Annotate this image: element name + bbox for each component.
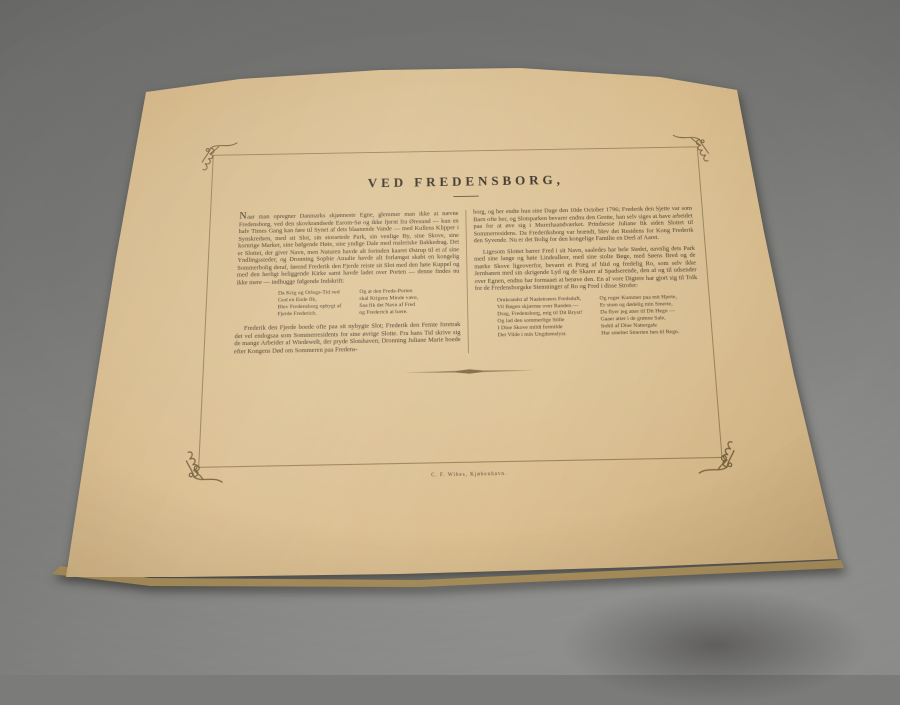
table-shadow	[555, 585, 875, 675]
verse-column: Da Krig og Orlogs-Tid ved Gud en Ende fi…	[277, 289, 341, 318]
text-block: VED FREDENSBORG, Naar man opregner Danma…	[233, 170, 705, 378]
paragraph: Frederik den Fjerde boede ofte paa sit n…	[234, 321, 461, 355]
paragraph: Ligesom Slottet bærer Fred i sit Navn, s…	[474, 245, 698, 293]
paper-shadow-wrap: VED FREDENSBORG, Naar man opregner Danma…	[0, 0, 900, 675]
floral-corner-ornament-icon	[671, 132, 714, 171]
text-column-left: Naar man opregner Danmarks skjønneste Eg…	[234, 209, 461, 359]
printer-imprint: C. F. Wibes, Kjøbenhavn.	[187, 467, 751, 483]
paragraph: borg, og her endte hun sine Dage den 10d…	[473, 205, 694, 245]
paragraph: Naar man opregner Danmarks skjønneste Eg…	[237, 209, 460, 286]
verse-column: Omkrandst af Naaletræers Fredsduft, Vil …	[497, 295, 584, 338]
photo-background: VED FREDENSBORG, Naar man opregner Danma…	[0, 0, 900, 675]
printed-area: VED FREDENSBORG, Naar man opregner Danma…	[187, 133, 751, 484]
verse-column: Og at den Frede-Porten skal Krigens Mind…	[359, 288, 418, 317]
paper-sheet: VED FREDENSBORG, Naar man opregner Danma…	[0, 0, 900, 675]
gate-inscription-verse: Da Krig og Orlogs-Tid ved Gud en Ende fi…	[235, 287, 460, 319]
paragraph-text: aar man opregner Danmarks skjønneste Egn…	[237, 210, 460, 286]
floral-corner-ornament-icon	[197, 140, 239, 179]
verse-column: Og ruger Kummer paa mit Hjerte, Er stum …	[599, 294, 679, 337]
text-column-right: borg, og her endte hun sine Dage den 10d…	[473, 205, 703, 355]
title-divider-rule	[453, 196, 478, 197]
poem-verse: Omkrandst af Naaletræers Fredsduft, Vil …	[475, 293, 702, 339]
column-divider-rule	[465, 210, 469, 353]
